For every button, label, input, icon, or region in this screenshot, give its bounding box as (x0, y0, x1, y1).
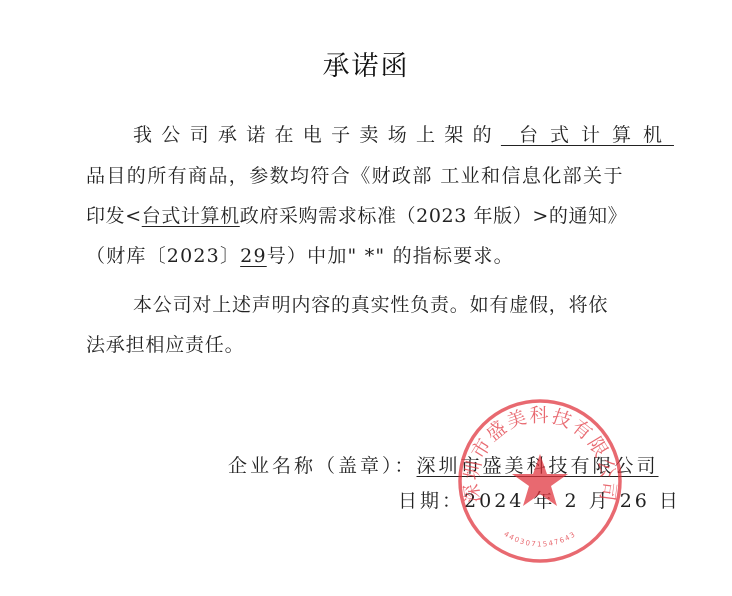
document-title: 承诺函 (0, 44, 732, 83)
stamp-number: 4403071547643 (502, 530, 577, 548)
date-month: 2 (564, 490, 579, 512)
date-label: 日期： (398, 490, 464, 512)
company-seal-stamp: 深圳市盛美科技有限公司 4403071547643 (455, 396, 625, 566)
company-name: 深圳市盛美科技有限公司 (417, 455, 659, 477)
paragraph1-line4: （财库〔2023〕29号）中加" *" 的指标要求。 (86, 244, 514, 268)
paragraph1-line3: 印发<台式计算机政府采购需求标准（2023 年版）>的通知》 (86, 204, 627, 228)
line4-prefix: （财库〔2023〕 (86, 245, 240, 267)
company-line: 企业名称（盖章）：深圳市盛美科技有限公司 (228, 454, 659, 478)
company-label: 企业名称（盖章）： (228, 455, 417, 477)
date-day-unit: 日 (659, 490, 681, 512)
date-year-unit: 年 (533, 490, 555, 512)
product-name-underlined: 台式计算机 (501, 124, 674, 146)
line3-prefix: 印发< (86, 205, 142, 227)
product-name-underlined: 台式计算机 (142, 205, 240, 227)
stamp-ring (460, 401, 620, 561)
document-number-underlined: 29 (240, 245, 267, 267)
line3-suffix: 政府采购需求标准（2023 年版）>的通知》 (240, 205, 628, 227)
paragraph1-line1: 我公司承诺在电子卖场上架的 台式计算机 (133, 123, 674, 147)
paragraph1-line2: 品目的所有商品，参数均符合《财政部 工业和信息化部关于 (86, 164, 624, 188)
date-year: 2024 (464, 490, 524, 512)
date-day: 26 (620, 490, 650, 512)
line1-prefix: 我公司承诺在电子卖场上架的 (133, 124, 501, 146)
date-line: 日期：2024 年 2 月 26 日 (398, 489, 681, 513)
date-month-unit: 月 (589, 490, 611, 512)
paragraph2-line2: 法承担相应责任。 (86, 333, 244, 357)
svg-text:4403071547643: 4403071547643 (502, 530, 577, 548)
paragraph2-line1: 本公司对上述声明内容的真实性负责。如有虚假，将依 (133, 293, 608, 317)
line4-suffix: 号）中加" *" 的指标要求。 (267, 245, 514, 267)
